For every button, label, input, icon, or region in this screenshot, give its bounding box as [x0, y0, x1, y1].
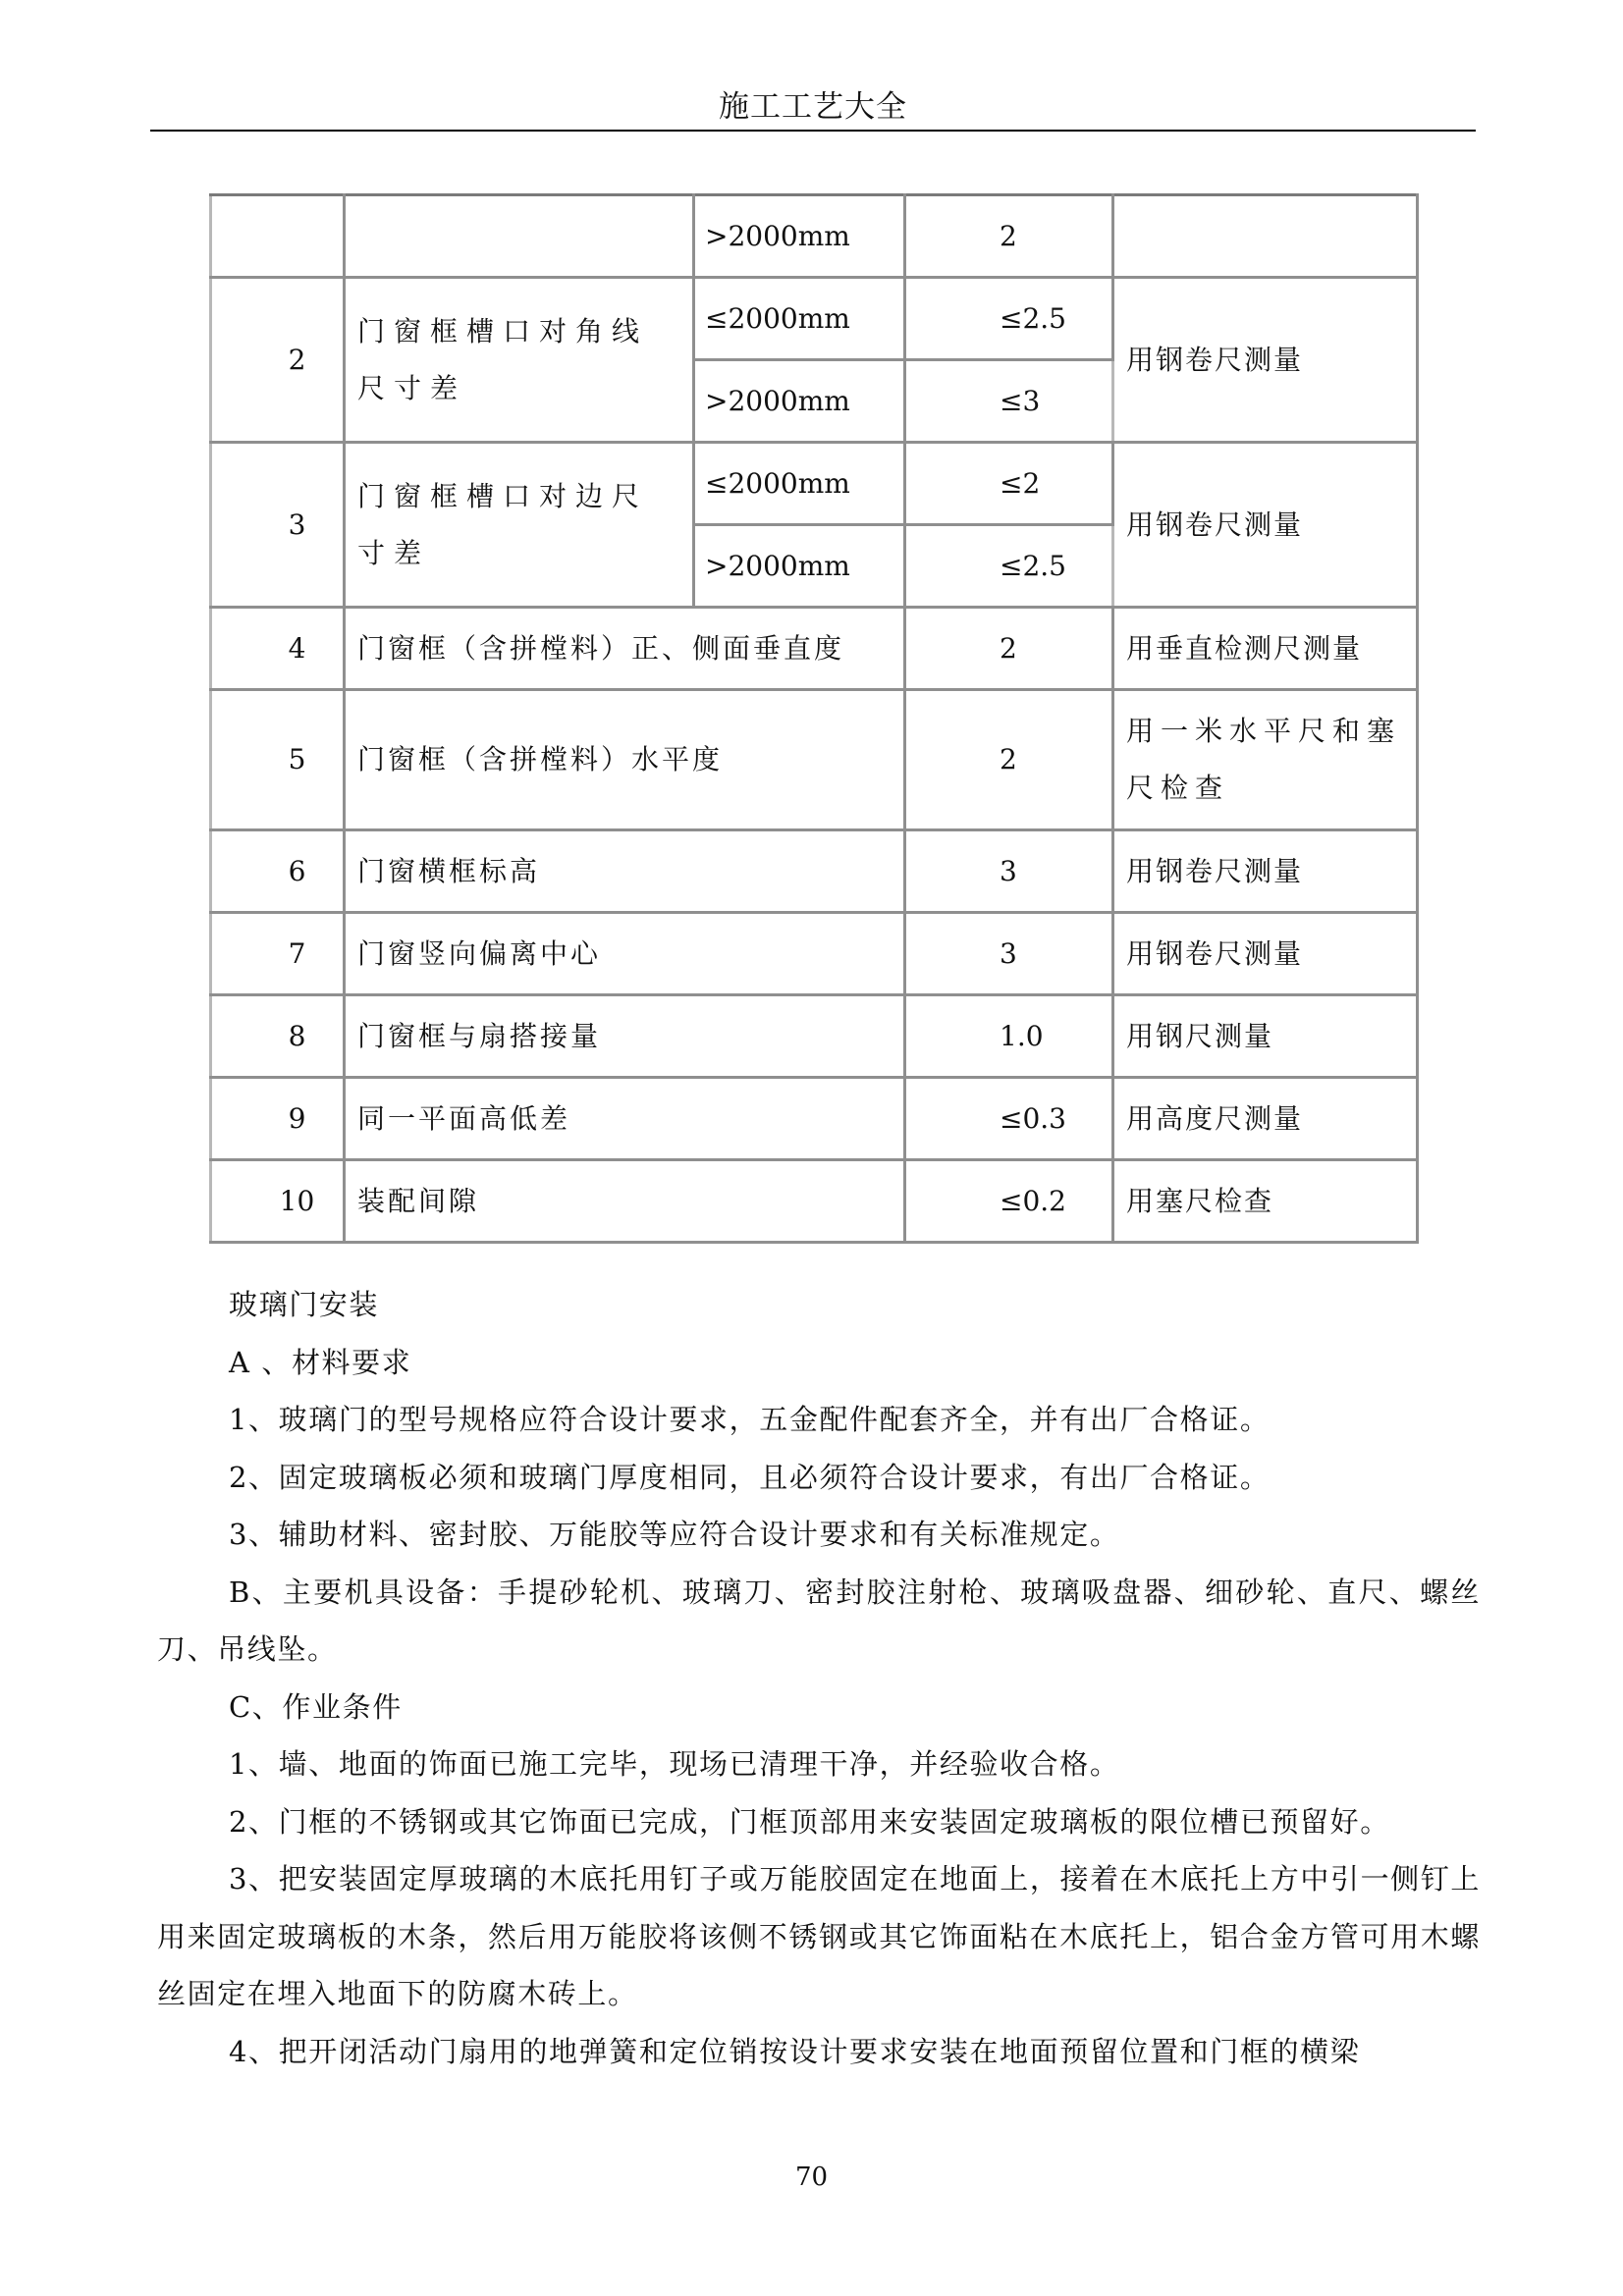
table-row: 7 门窗竖向偏离中心 3 用钢卷尺测量	[211, 913, 1418, 995]
cell-method: 用垂直检测尺测量	[1113, 608, 1418, 690]
cell-item: 门窗框槽口对角线尺寸差	[345, 278, 694, 443]
cell-item: 门窗框（含拼樘料）正、侧面垂直度	[345, 608, 905, 690]
paragraph: B、主要机具设备：手提砂轮机、玻璃刀、密封胶注射枪、玻璃吸盘器、细砂轮、直尺、螺…	[157, 1564, 1481, 1679]
cell-item: 门窗横框标高	[345, 830, 905, 913]
cell-method: 用钢卷尺测量	[1113, 278, 1418, 443]
table-row: 3 门窗框槽口对边尺寸差 ≤2000mm ≤2 用钢卷尺测量	[211, 443, 1418, 525]
cell-item	[345, 195, 694, 278]
cell-range: >2000mm	[694, 195, 905, 278]
cell-range: >2000mm	[694, 360, 905, 443]
cell-tolerance: 2	[905, 690, 1113, 830]
table-row: 9 同一平面高低差 ≤0.3 用高度尺测量	[211, 1078, 1418, 1160]
cell-item: 装配间隙	[345, 1160, 905, 1243]
cell-range: ≤2000mm	[694, 443, 905, 525]
cell-tolerance: ≤0.2	[905, 1160, 1113, 1243]
cell-tolerance: 2	[905, 608, 1113, 690]
cell-no: 7	[211, 913, 345, 995]
cell-method	[1113, 195, 1418, 278]
cell-item: 门窗框（含拼樘料）水平度	[345, 690, 905, 830]
table-row: >2000mm 2	[211, 195, 1418, 278]
cell-no: 9	[211, 1078, 345, 1160]
cell-item: 门窗框槽口对边尺寸差	[345, 443, 694, 608]
cell-method: 用钢卷尺测量	[1113, 443, 1418, 608]
cell-item: 同一平面高低差	[345, 1078, 905, 1160]
cell-method: 用塞尺检查	[1113, 1160, 1418, 1243]
page-header-title: 施工工艺大全	[150, 84, 1476, 130]
cell-tolerance: ≤3	[905, 360, 1113, 443]
cell-no: 10	[211, 1160, 345, 1243]
cell-method: 用高度尺测量	[1113, 1078, 1418, 1160]
table-row: 8 门窗框与扇搭接量 1.0 用钢尺测量	[211, 995, 1418, 1078]
paragraph: 3、把安装固定厚玻璃的木底托用钉子或万能胶固定在地面上，接着在木底托上方中引一侧…	[157, 1850, 1481, 2023]
cell-method: 用一米水平尺和塞尺检查	[1113, 690, 1418, 830]
table-row: 6 门窗横框标高 3 用钢卷尺测量	[211, 830, 1418, 913]
cell-tolerance: 1.0	[905, 995, 1113, 1078]
cell-item: 门窗竖向偏离中心	[345, 913, 905, 995]
section-title: 玻璃门安装	[157, 1276, 1481, 1334]
cell-method: 用钢卷尺测量	[1113, 830, 1418, 913]
cell-range: >2000mm	[694, 525, 905, 608]
cell-no	[211, 195, 345, 278]
cell-item: 门窗框与扇搭接量	[345, 995, 905, 1078]
cell-tolerance: 3	[905, 913, 1113, 995]
body-text: 玻璃门安装 A 、材料要求 1、玻璃门的型号规格应符合设计要求，五金配件配套齐全…	[157, 1276, 1481, 2080]
cell-tolerance: 2	[905, 195, 1113, 278]
cell-no: 8	[211, 995, 345, 1078]
paragraph: 1、墙、地面的饰面已施工完毕，现场已清理干净，并经验收合格。	[157, 1735, 1481, 1793]
tolerance-table: >2000mm 2 2 门窗框槽口对角线尺寸差 ≤2000mm ≤2.5 用钢卷…	[209, 193, 1419, 1244]
cell-tolerance: ≤2.5	[905, 278, 1113, 360]
cell-no: 6	[211, 830, 345, 913]
cell-tolerance: ≤2.5	[905, 525, 1113, 608]
cell-tolerance: 3	[905, 830, 1113, 913]
table-row: 4 门窗框（含拼樘料）正、侧面垂直度 2 用垂直检测尺测量	[211, 608, 1418, 690]
cell-no: 4	[211, 608, 345, 690]
page-number: 70	[0, 2158, 1623, 2197]
table-row: 2 门窗框槽口对角线尺寸差 ≤2000mm ≤2.5 用钢卷尺测量	[211, 278, 1418, 360]
paragraph: 1、玻璃门的型号规格应符合设计要求，五金配件配套齐全，并有出厂合格证。	[157, 1391, 1481, 1449]
paragraph: 4、把开闭活动门扇用的地弹簧和定位销按设计要求安装在地面预留位置和门框的横梁	[157, 2023, 1481, 2081]
table-row: 10 装配间隙 ≤0.2 用塞尺检查	[211, 1160, 1418, 1243]
table-row: 5 门窗框（含拼樘料）水平度 2 用一米水平尺和塞尺检查	[211, 690, 1418, 830]
cell-tolerance: ≤0.3	[905, 1078, 1113, 1160]
paragraph: 2、固定玻璃板必须和玻璃门厚度相同，且必须符合设计要求，有出厂合格证。	[157, 1449, 1481, 1507]
cell-no: 3	[211, 443, 345, 608]
paragraph: 2、门框的不锈钢或其它饰面已完成，门框顶部用来安装固定玻璃板的限位槽已预留好。	[157, 1793, 1481, 1851]
paragraph: 3、辅助材料、密封胶、万能胶等应符合设计要求和有关标准规定。	[157, 1506, 1481, 1564]
header-rule	[150, 130, 1476, 132]
cell-method: 用钢尺测量	[1113, 995, 1418, 1078]
cell-tolerance: ≤2	[905, 443, 1113, 525]
paragraph: C、作业条件	[157, 1679, 1481, 1736]
cell-no: 2	[211, 278, 345, 443]
cell-range: ≤2000mm	[694, 278, 905, 360]
paragraph: A 、材料要求	[157, 1334, 1481, 1392]
cell-method: 用钢卷尺测量	[1113, 913, 1418, 995]
cell-no: 5	[211, 690, 345, 830]
